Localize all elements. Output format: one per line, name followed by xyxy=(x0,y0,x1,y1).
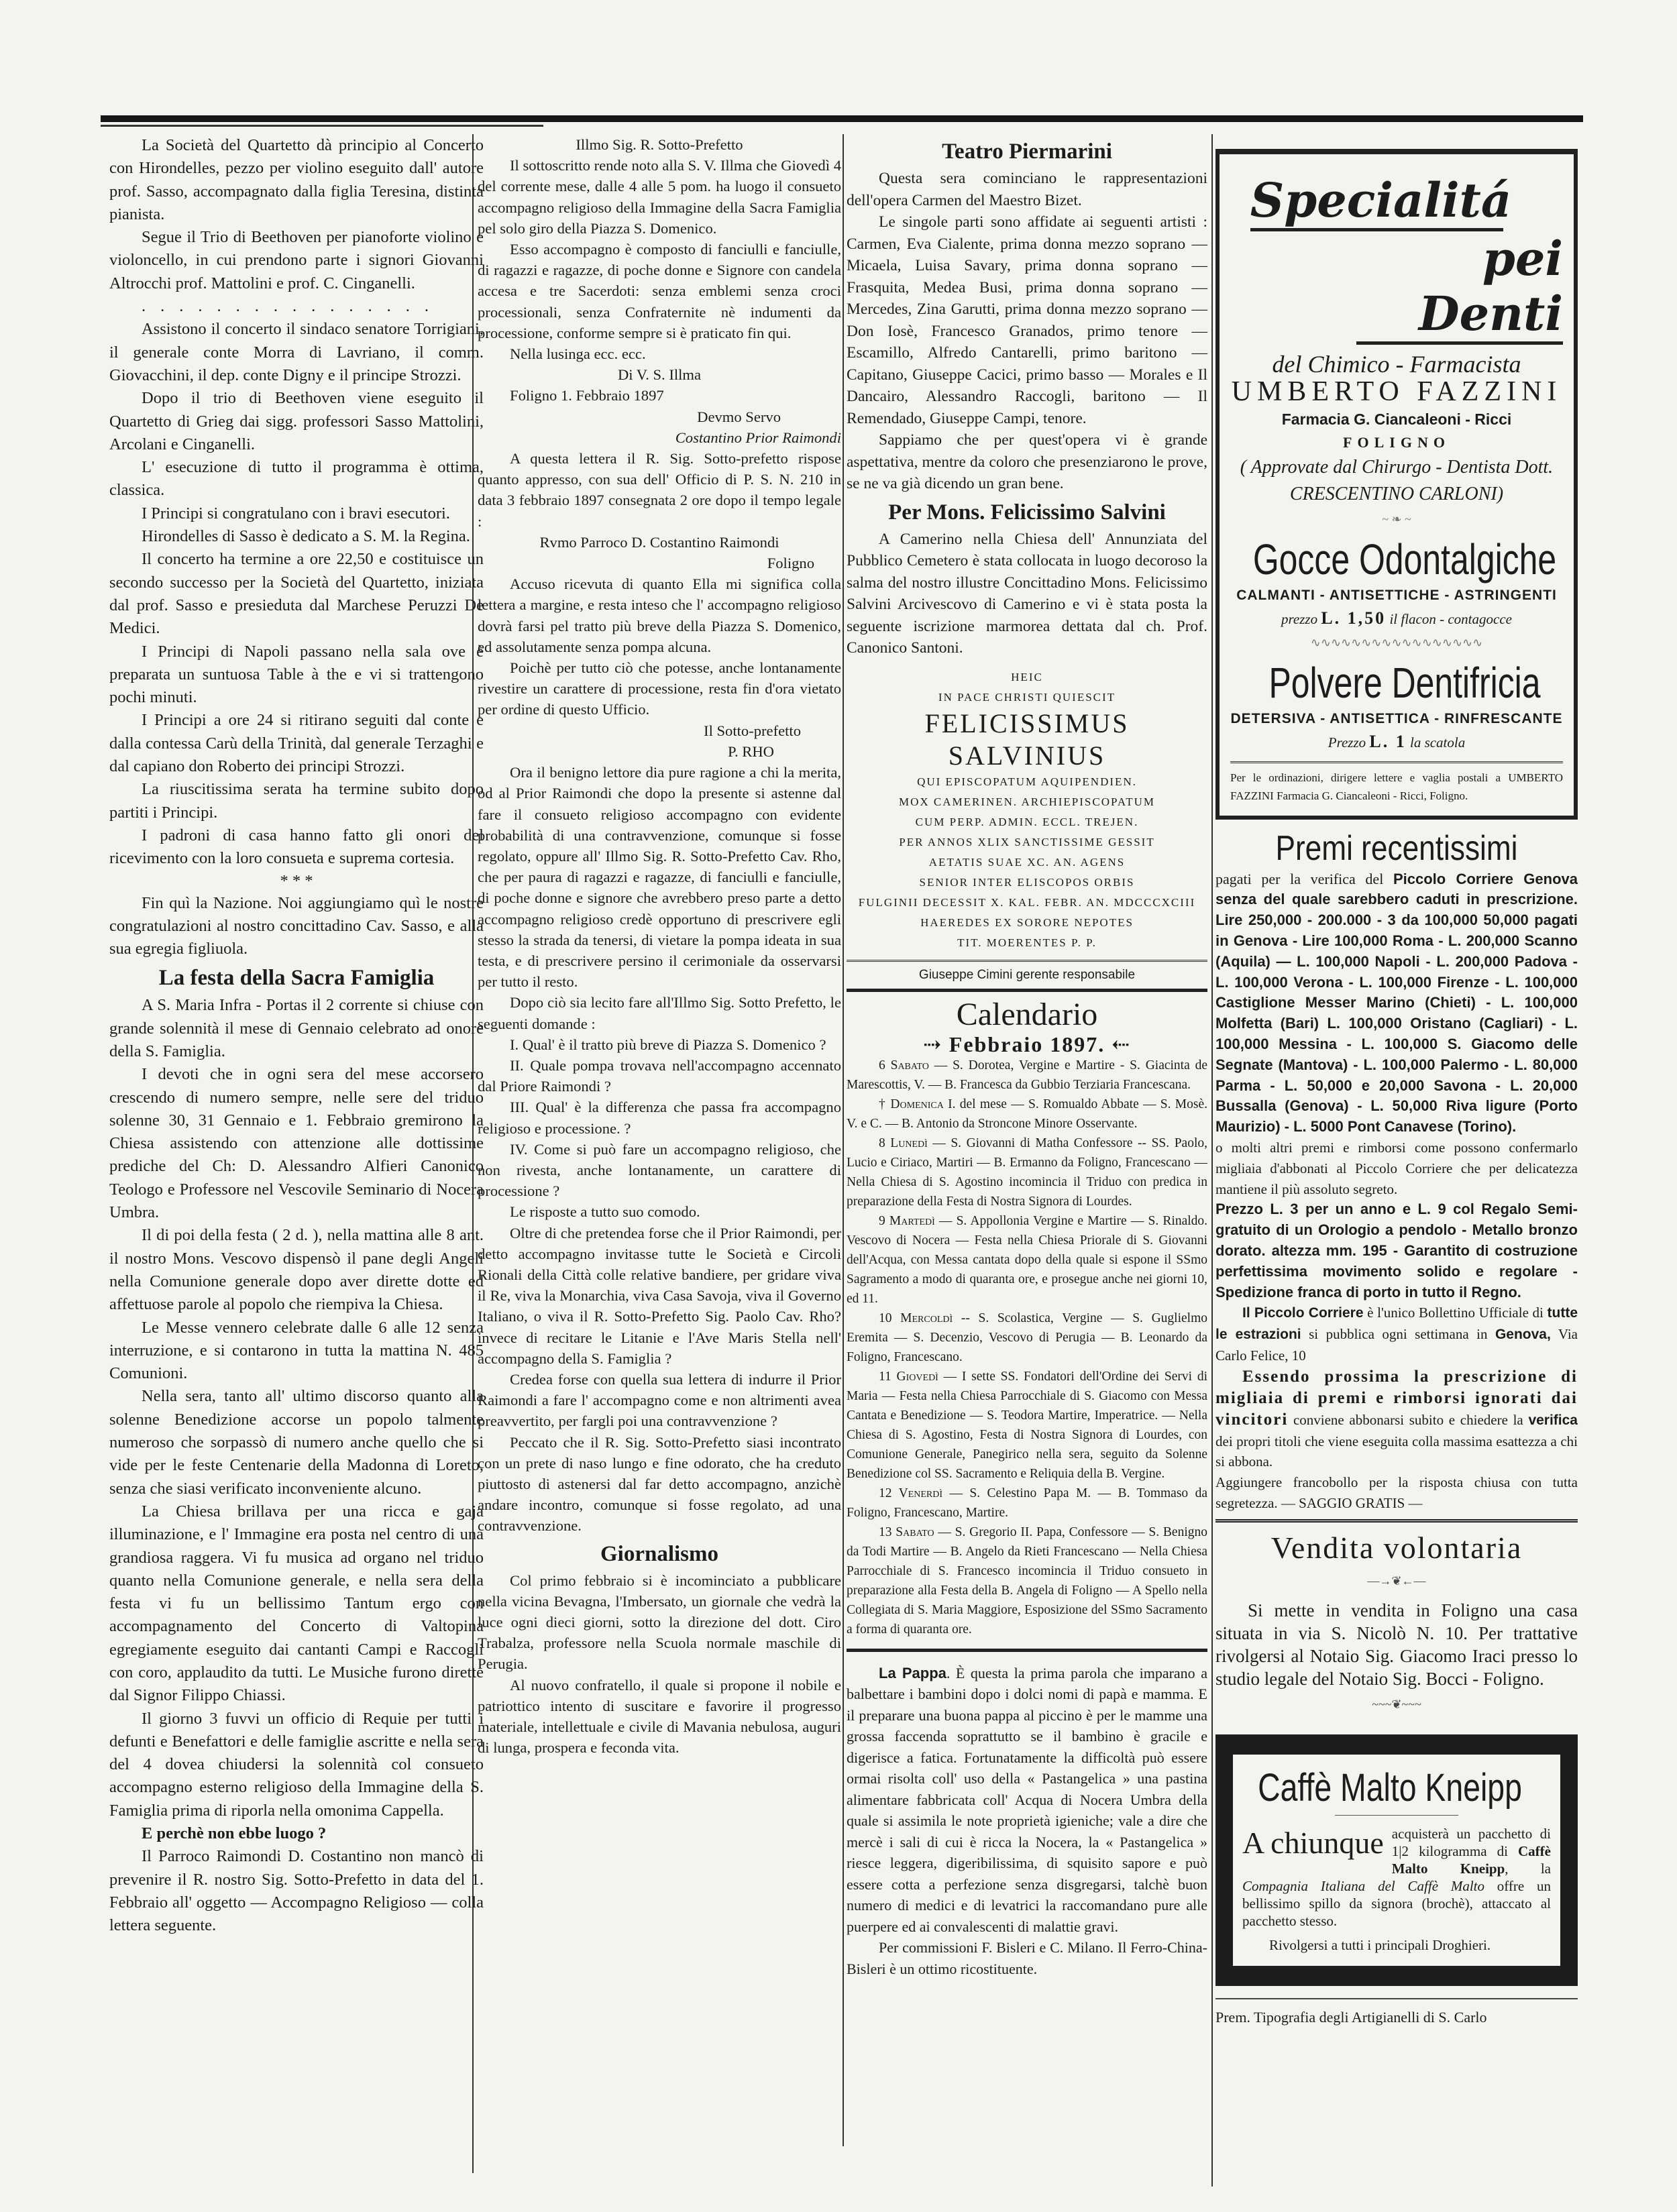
masthead-rule xyxy=(101,115,1583,122)
inscription-line: MOX CAMERINEN. ARCHIEPISCOPATUM xyxy=(847,792,1207,812)
premi-list: pagati per la verifica del Piccolo Corri… xyxy=(1215,869,1578,1138)
asterism-divider: * * * xyxy=(109,875,484,888)
paragraph: Questa sera cominciano le rappresentazio… xyxy=(847,168,1207,211)
ellipsis-divider: ................ xyxy=(109,295,484,318)
paragraph: Nella sera, tanto all' ultimo discorso q… xyxy=(109,1385,484,1500)
printer-credit: Prem. Tipografia degli Artigianelli di S… xyxy=(1215,1998,1578,2029)
paragraph: La Società del Quartetto dà principio al… xyxy=(109,134,484,226)
calendar-entry: † Domenica I. del mese — S. Romualdo Abb… xyxy=(847,1095,1207,1133)
inscription-line: HAEREDES EX SORORE NEPOTES xyxy=(847,913,1207,933)
paragraph: Oltre di che pretendea forse che il Prio… xyxy=(478,1223,841,1369)
calendar-entry: 10 Mercoldì -- S. Scolastica, Vergine — … xyxy=(847,1309,1207,1367)
calendar-entry: 11 Giovedì — I sette SS. Fondatori dell'… xyxy=(847,1367,1207,1484)
advert-properties: CALMANTI - ANTISETTICHE - ASTRINGENTI xyxy=(1230,584,1563,607)
inscription-line: CUM PERP. ADMIN. ECCL. TREJEN. xyxy=(847,812,1207,832)
premi-advert: pagati per la verifica del Piccolo Corri… xyxy=(1215,869,1578,1514)
calendar-month-label: Febbraio 1897. xyxy=(949,1032,1105,1056)
premi-paragraph: o molti altri premi e rimborsi come poss… xyxy=(1215,1138,1578,1199)
heading-giornalismo: Giornalismo xyxy=(478,1539,841,1569)
pappa-footer: Per commissioni F. Bisleri e C. Milano. … xyxy=(847,1937,1207,1979)
wave-divider: ∿∿∿∿∿∿∿∿∿∿∿∿∿∿∿∿∿ xyxy=(1230,631,1563,654)
question: IV. Come si può fare un accompagno relig… xyxy=(478,1139,841,1202)
inscription: HEIC IN PACE CHRISTI QUIESCIT FELICISSIM… xyxy=(847,667,1207,953)
gerente-line: Giuseppe Cimini gerente responsabile xyxy=(847,960,1207,993)
paragraph: A questa lettera il R. Sig. Sotto-prefet… xyxy=(478,448,841,532)
advert-city: FOLIGNO xyxy=(1230,431,1563,454)
column-3: Teatro Piermarini Questa sera cominciano… xyxy=(847,134,1207,1979)
ornament: ~ ❧ ~ xyxy=(1230,508,1563,531)
inscription-line: IN PACE CHRISTI QUIESCIT xyxy=(847,687,1207,708)
inscription-line: AETATIS SUAE XC. AN. AGENS xyxy=(847,852,1207,873)
ornament-divider: ~~~❦~~~ xyxy=(1215,1693,1578,1716)
paragraph: Al nuovo confratello, il quale si propon… xyxy=(478,1675,841,1759)
letter-signature: P. RHO xyxy=(478,741,841,762)
advert-price: prezzo L. 1,50 il flacon - contagocce xyxy=(1230,607,1563,630)
paragraph: Nella lusinga ecc. ecc. xyxy=(478,343,841,364)
premi-paragraph: Il Piccolo Corriere è l'unico Bollettino… xyxy=(1215,1303,1578,1366)
premi-paragraph: Aggiungere francobollo per la risposta c… xyxy=(1215,1472,1578,1514)
paragraph: Assistono il concerto il sindaco senator… xyxy=(109,318,484,387)
inscription-line: PER ANNOS XLIX SANCTISSIME GESSIT xyxy=(847,832,1207,852)
vendita-title: Vendita volontaria xyxy=(1215,1519,1578,1567)
advert-headline: Specialitá xyxy=(1250,173,1503,231)
paragraph: Hirondelles di Sasso è dedicato a S. M. … xyxy=(109,525,484,548)
paragraph: Segue il Trio di Beethoven per pianofort… xyxy=(109,226,484,295)
calendar-title: Calendario xyxy=(847,996,1207,1034)
column-4-ads: Specialitá pei Denti del Chimico - Farma… xyxy=(1215,149,1578,2030)
question: I. Qual' è il tratto più breve di Piazza… xyxy=(478,1034,841,1055)
letter-signature: Costantino Prior Raimondi xyxy=(478,427,841,448)
paragraph: Fin quì la Nazione. Noi aggiungiamo quì … xyxy=(109,892,484,961)
paragraph: I Principi a ore 24 si ritirano seguiti … xyxy=(109,709,484,778)
pappa-label: La Pappa xyxy=(879,1665,946,1681)
paragraph: Dopo ciò sia lecito fare all'Illmo Sig. … xyxy=(478,992,841,1034)
paragraph: Il di poi della festa ( 2 d. ), nella ma… xyxy=(109,1224,484,1316)
advert-approval: ( Approvate dal Chirurgo - Dentista Dott… xyxy=(1230,454,1563,508)
paragraph: Accuso ricevuta di quanto Ella mi signif… xyxy=(478,573,841,657)
advert-properties: DETERSIVA - ANTISETTICA - RINFRESCANTE xyxy=(1230,708,1563,730)
masthead-rule-thin xyxy=(101,125,543,127)
paragraph: Col primo febbraio si è incominciato a p… xyxy=(478,1570,841,1675)
calendar-entries: 6 Sabato — S. Dorotea, Vergine e Martire… xyxy=(847,1056,1207,1639)
paragraph: La Chiesa brillava per una ricca e gaja … xyxy=(109,1500,484,1708)
calendar-month: ⇢ Febbraio 1897. ⇠ xyxy=(847,1034,1207,1056)
paragraph: I Principi si congratulano con i bravi e… xyxy=(109,502,484,525)
advert-subtitle: del Chimico - Farmacista xyxy=(1230,353,1563,376)
advert-name: UMBERTO FAZZINI xyxy=(1230,376,1563,408)
paragraph: Le singole parti sono affidate ai seguen… xyxy=(847,211,1207,429)
divider xyxy=(1335,1815,1458,1816)
paragraph: Il sottoscritto rende noto alla S. V. Il… xyxy=(478,155,841,239)
calendar-entry: 12 Venerdì — S. Celestino Papa M. — B. T… xyxy=(847,1484,1207,1523)
calendar-entry: 13 Sabato — S. Gregorio II. Papa, Confes… xyxy=(847,1523,1207,1639)
heading-teatro: Teatro Piermarini xyxy=(847,137,1207,166)
paragraph: Poichè per tutto ciò che potesse, anche … xyxy=(478,657,841,720)
caffe-text: A chiunque acquisterà un pacchetto di 1|… xyxy=(1242,1825,1551,1930)
question: III. Qual' è la differenza che passa fra… xyxy=(478,1097,841,1138)
paragraph: I padroni di casa hanno fatto gli onori … xyxy=(109,824,484,871)
paragraph: Il giorno 3 fuvvi un officio di Requie p… xyxy=(109,1708,484,1822)
paragraph: L' esecuzione di tutto il programma è ot… xyxy=(109,456,484,502)
inscription-line: HEIC xyxy=(847,667,1207,687)
calendar-entry: 9 Martedì — S. Appollonia Vergine e Mart… xyxy=(847,1211,1207,1309)
inscription-line: QUI EPISCOPATUM AQUIPENDIEN. xyxy=(847,772,1207,792)
calendar-entry: 6 Sabato — S. Dorotea, Vergine e Martire… xyxy=(847,1056,1207,1095)
advert-order-info: Per le ordinazioni, dirigere lettere e v… xyxy=(1230,761,1563,805)
column-divider xyxy=(1211,134,1213,2187)
paragraph: I devoti che in ogni sera del mese accor… xyxy=(109,1063,484,1224)
letter-closing: Devmo Servo xyxy=(478,406,841,427)
section-rule xyxy=(847,1649,1207,1652)
column-divider xyxy=(843,134,844,2146)
paragraph: Il concerto ha termine a ore 22,50 e cos… xyxy=(109,548,484,640)
letter-date: Foligno 1. Febbraio 1897 xyxy=(478,385,841,406)
paragraph: Peccato che il R. Sig. Sotto-Prefetto si… xyxy=(478,1432,841,1537)
subheading: E perchè non ebbe luogo ? xyxy=(109,1822,484,1845)
advert-fazzini: Specialitá pei Denti del Chimico - Farma… xyxy=(1215,149,1578,820)
inscription-line: TIT. MOERENTES P. P. xyxy=(847,933,1207,953)
heading-salvini: Per Mons. Felicissimo Salvini xyxy=(847,498,1207,527)
paragraph: Credea forse con quella sua lettera di i… xyxy=(478,1369,841,1432)
ornament-divider: —→❦←— xyxy=(1215,1569,1578,1592)
paragraph: Il Parroco Raimondi D. Costantino non ma… xyxy=(109,1845,484,1937)
paragraph: La riuscitissima serata ha termine subit… xyxy=(109,778,484,824)
paragraph: I Principi di Napoli passano nella sala … xyxy=(109,641,484,710)
letter-salutation: Di V. S. Illma xyxy=(478,364,841,385)
letter-addressee: Rvmo Parroco D. Costantino Raimondi xyxy=(478,532,841,553)
premi-price: Prezzo L. 3 per un anno e L. 9 col Regal… xyxy=(1215,1199,1578,1303)
paragraph: A Camerino nella Chiesa dell' Annunziata… xyxy=(847,529,1207,659)
paragraph: Dopo il trio di Beethoven viene eseguito… xyxy=(109,387,484,456)
question: II. Quale pompa trovava nell'accompagno … xyxy=(478,1055,841,1097)
inscription-name: FELICISSIMUS SALVINIUS xyxy=(847,708,1207,772)
advert-price: Prezzo L. 1 la scatola xyxy=(1230,730,1563,754)
advert-pharmacy: Farmacia G. Ciancaleoni - Ricci xyxy=(1230,408,1563,431)
letter-addressee: Illmo Sig. R. Sotto-Prefetto xyxy=(478,134,841,155)
paragraph: Sappiamo che per quest'opera vi è grande… xyxy=(847,429,1207,495)
advert-product-polvere: Polvere Dentifricia xyxy=(1237,658,1572,708)
premi-title: Premi recentissimi xyxy=(1243,828,1551,869)
caffe-title: Caffè Malto Kneipp xyxy=(1250,1765,1529,1811)
paragraph: A S. Maria Infra - Portas il 2 corrente … xyxy=(109,994,484,1063)
calendar-entry: 8 Lunedì — S. Giovanni di Matha Confesso… xyxy=(847,1133,1207,1211)
premi-paragraph: Essendo prossima la prescrizione di migl… xyxy=(1215,1366,1578,1472)
advert-product-gocce: Gocce Odontalgiche xyxy=(1237,535,1572,584)
paragraph: Le risposte a tutto suo comodo. xyxy=(478,1201,841,1222)
column-1: La Società del Quartetto dà principio al… xyxy=(109,134,484,1938)
advert-caffe: Caffè Malto Kneipp A chiunque acquisterà… xyxy=(1215,1734,1578,1986)
inscription-line: FULGINII DECESSIT X. KAL. FEBR. AN. MDCC… xyxy=(847,893,1207,913)
column-2: Illmo Sig. R. Sotto-Prefetto Il sottoscr… xyxy=(478,134,841,1758)
heading-sacra-famiglia: La festa della Sacra Famiglia xyxy=(109,963,484,993)
paragraph: Esso accompagno è composto di fanciulli … xyxy=(478,239,841,343)
letter-place: Foligno xyxy=(478,553,841,573)
advert-headline: pei Denti xyxy=(1356,231,1563,345)
inscription-line: SENIOR INTER ELISCOPOS ORBIS xyxy=(847,873,1207,893)
paragraph: Ora il benigno lettore dia pure ragione … xyxy=(478,762,841,992)
letter-signer-title: Il Sotto-prefetto xyxy=(478,720,841,741)
caffe-contact: Rivolgersi a tutti i principali Droghier… xyxy=(1242,1936,1551,1954)
pappa-advert: La Pappa. È questa la prima parola che i… xyxy=(847,1663,1207,1938)
paragraph: Le Messe vennero celebrate dalle 6 alle … xyxy=(109,1317,484,1386)
vendita-text: Si mette in vendita in Foligno una casa … xyxy=(1215,1599,1578,1690)
